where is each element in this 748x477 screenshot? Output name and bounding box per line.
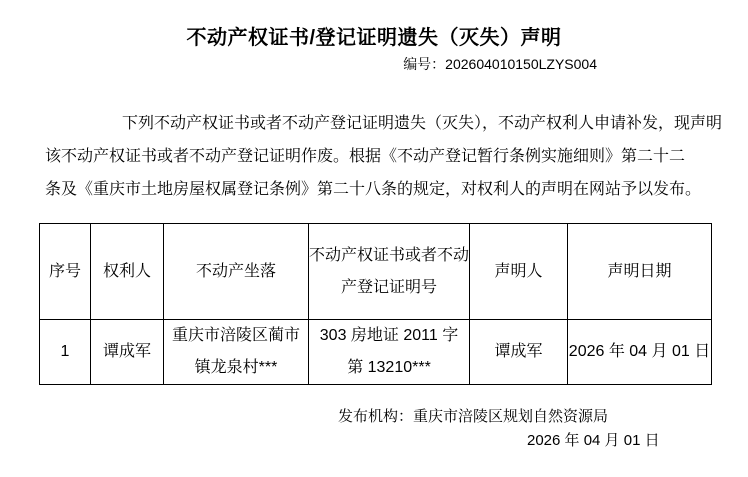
declaration-table: 序号 权利人 不动产坐落 不动产权证书或者不动 产登记证明号 声明人 声明日期 …	[39, 223, 712, 385]
table-header-row: 序号 权利人 不动产坐落 不动产权证书或者不动 产登记证明号 声明人 声明日期	[40, 224, 712, 320]
declaration-document-page: 不动产权证书/登记证明遗失（灭失）声明 编号：202604010150LZYS0…	[0, 0, 748, 477]
cell-property-location: 重庆市涪陵区蔺市 镇龙泉村***	[164, 320, 309, 385]
cell-declarant: 谭成军	[470, 320, 568, 385]
col-header-seq: 序号	[40, 224, 91, 320]
declaration-paragraph: 下列不动产权证书或者不动产登记证明遗失（灭失），不动产权利人申请补发，现声明 该…	[45, 107, 725, 206]
paragraph-line: 下列不动产权证书或者不动产登记证明遗失（灭失），不动产权利人申请补发，现声明	[45, 107, 725, 140]
table-row: 1 谭成军 重庆市涪陵区蔺市 镇龙泉村*** 303 房地证 2011 字 第 …	[40, 320, 712, 385]
col-header-right-holder: 权利人	[91, 224, 164, 320]
col-header-declaration-date: 声明日期	[568, 224, 712, 320]
col-header-property-location: 不动产坐落	[164, 224, 309, 320]
publish-date: 2026 年 04 月 01 日	[527, 429, 660, 450]
cell-declaration-date: 2026 年 04 月 01 日	[568, 320, 712, 385]
publisher-line: 发布机构：重庆市涪陵区规划自然资源局	[338, 405, 608, 426]
cell-certificate-number: 303 房地证 2011 字 第 13210***	[309, 320, 470, 385]
col-header-declarant: 声明人	[470, 224, 568, 320]
col-header-certificate-number: 不动产权证书或者不动 产登记证明号	[309, 224, 470, 320]
page-title: 不动产权证书/登记证明遗失（灭失）声明	[0, 21, 748, 50]
paragraph-line: 条及《重庆市土地房屋权属登记条例》第二十八条的规定，对权利人的声明在网站予以发布…	[45, 173, 725, 206]
cell-right-holder: 谭成军	[91, 320, 164, 385]
paragraph-line: 该不动产权证书或者不动产登记证明作废。根据《不动产登记暂行条例实施细则》第二十二	[45, 140, 725, 173]
cell-seq: 1	[40, 320, 91, 385]
serial-number: 编号：202604010150LZYS004	[0, 54, 597, 74]
